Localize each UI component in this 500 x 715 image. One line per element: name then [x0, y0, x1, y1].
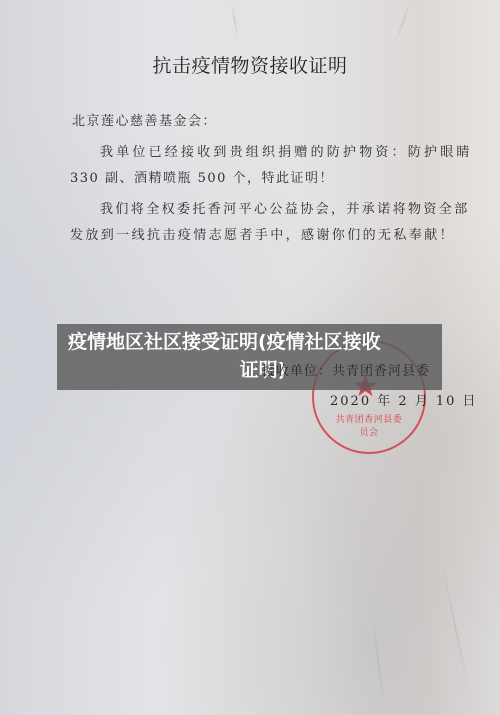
caption-title-line1: 疫情地区社区接受证明(疫情社区接收	[68, 328, 438, 356]
paper-crease	[395, 0, 412, 43]
paragraph2-line2: 发放到一线抗击疫情志愿者手中，感谢你们的无私奉献！	[70, 224, 455, 243]
document-title: 抗击疫情物资接收证明	[0, 51, 500, 78]
paper-crease	[230, 0, 239, 39]
salutation: 北京莲心慈善基金会：	[72, 110, 217, 129]
paper-crease	[440, 560, 471, 697]
stamp-text: 共青团香河县委员会	[332, 412, 406, 438]
paper-crease	[370, 610, 386, 709]
signer-organization: 接收单位：共青团香河县委	[262, 360, 430, 379]
paragraph2-line1: 我们将全权委托香河平心公益协会，并承诺将物资全部	[100, 198, 470, 217]
paragraph1-line2: 330 副、酒精喷瓶 500 个，特此证明！	[70, 167, 334, 186]
paragraph1-line1: 我单位已经接收到贵组织捐赠的防护物资：防护眼睛	[100, 141, 473, 160]
signature-date: 2020 年 2 月 10 日	[330, 390, 478, 409]
